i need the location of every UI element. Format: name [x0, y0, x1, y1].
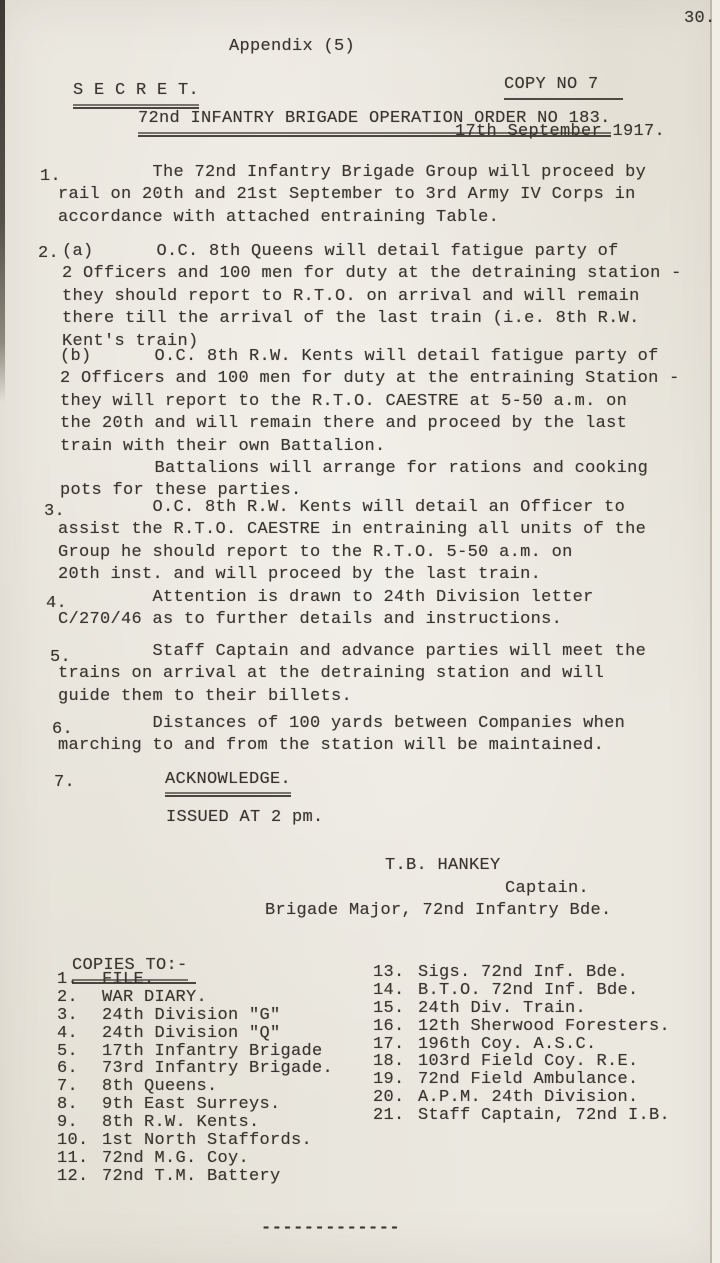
- copies-item: 2.WAR DIARY.: [57, 989, 333, 1007]
- copies-item: 5.17th Infantry Brigade: [57, 1043, 333, 1061]
- order-paragraph-7: 7. ACKNOWLEDGE.: [0, 769, 720, 797]
- paragraph-number: 7.: [54, 772, 75, 794]
- document-page: 30. Appendix (5) S E C R E T. COPY NO 7 …: [0, 0, 720, 1263]
- page-number: 30.: [684, 8, 716, 30]
- copies-item: 18.103rd Field Coy. R.E.: [373, 1053, 670, 1071]
- copies-item: 14.B.T.O. 72nd Inf. Bde.: [373, 982, 670, 1000]
- copies-item: 10.1st North Staffords.: [57, 1132, 333, 1150]
- document-date: 17th September 1917.: [455, 121, 665, 143]
- copies-item: 21.Staff Captain, 72nd I.B.: [373, 1107, 670, 1125]
- copies-item: 17.196th Coy. A.S.C.: [373, 1036, 670, 1054]
- paragraph-text: Distances of 100 yards between Companies…: [58, 713, 720, 758]
- order-paragraph-3: 3. O.C. 8th R.W. Kents will detail an Of…: [0, 497, 720, 587]
- signature-role: Brigade Major, 72nd Infantry Bde.: [265, 900, 612, 922]
- appendix-label: Appendix (5): [229, 36, 355, 58]
- paragraph-text: The 72nd Infantry Brigade Group will pro…: [58, 162, 720, 229]
- issued-at-line: ISSUED AT 2 pm.: [166, 807, 324, 829]
- paragraph-number: 5.: [50, 647, 71, 669]
- order-paragraph-6: 6. Distances of 100 yards between Compan…: [0, 713, 720, 758]
- paragraph-text: Attention is drawn to 24th Division lett…: [58, 587, 720, 632]
- copies-item: 12.72nd T.M. Battery: [57, 1168, 333, 1186]
- copies-item: 8.9th East Surreys.: [57, 1096, 333, 1114]
- acknowledge-label: ACKNOWLEDGE.: [165, 769, 291, 797]
- signature-name: T.B. HANKEY: [385, 855, 501, 877]
- copies-item: 4.24th Division "Q": [57, 1025, 333, 1043]
- copies-item: 9.8th R.W. Kents.: [57, 1114, 333, 1132]
- order-paragraph-5: 5. Staff Captain and advance parties wil…: [0, 641, 720, 708]
- paragraph-number: 1.: [40, 166, 61, 188]
- copies-item: 15.24th Div. Train.: [373, 1000, 670, 1018]
- copies-item: 19.72nd Field Ambulance.: [373, 1071, 670, 1089]
- order-paragraph-1: 1. The 72nd Infantry Brigade Group will …: [0, 162, 720, 229]
- paragraph-text: (b) O.C. 8th R.W. Kents will detail fati…: [60, 346, 720, 503]
- footer-dashes: -------------: [261, 1218, 400, 1240]
- paragraph-text: O.C. 8th R.W. Kents will detail an Offic…: [58, 497, 720, 587]
- paragraph-number: 2.: [38, 243, 59, 265]
- copies-item: 1.FILE.: [57, 971, 333, 989]
- copies-item: 20.A.P.M. 24th Division.: [373, 1089, 670, 1107]
- signature-rank: Captain.: [505, 878, 589, 900]
- paragraph-text: (a) O.C. 8th Queens will detail fatigue …: [62, 241, 720, 353]
- copies-item: 7.8th Queens.: [57, 1078, 333, 1096]
- paragraph-number: 4.: [46, 593, 67, 615]
- order-paragraph-2a: 2. (a) O.C. 8th Queens will detail fatig…: [0, 241, 720, 353]
- copies-item: 13.Sigs. 72nd Inf. Bde.: [373, 964, 670, 982]
- paragraph-text: Staff Captain and advance parties will m…: [58, 641, 720, 708]
- paragraph-number: 3.: [44, 501, 65, 523]
- order-paragraph-2b: (b) O.C. 8th R.W. Kents will detail fati…: [0, 346, 720, 503]
- order-paragraph-4: 4. Attention is drawn to 24th Division l…: [0, 587, 720, 632]
- copies-item: 6.73rd Infantry Brigade.: [57, 1060, 333, 1078]
- copies-item: 16.12th Sherwood Foresters.: [373, 1018, 670, 1036]
- paragraph-number: 6.: [52, 719, 73, 741]
- copies-item: 3.24th Division "G": [57, 1007, 333, 1025]
- copies-list-left: 1.FILE. 2.WAR DIARY. 3.24th Division "G"…: [57, 971, 333, 1186]
- copies-list-right: 13.Sigs. 72nd Inf. Bde. 14.B.T.O. 72nd I…: [373, 964, 670, 1125]
- copies-item: 11.72nd M.G. Coy.: [57, 1150, 333, 1168]
